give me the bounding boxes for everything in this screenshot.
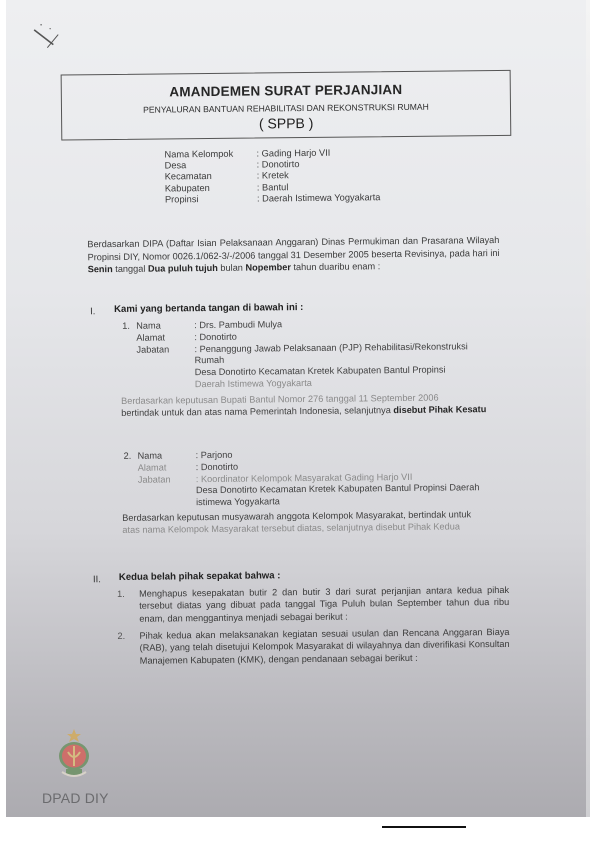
person-1: 1.NamaDrs. Pambudi Mulya AlamatDonotirto… — [122, 317, 496, 419]
group-info: Nama Kelompok Gading Harjo VII Desa Dono… — [164, 147, 380, 205]
info-row-province: Propinsi Daerah Istimewa Yogyakarta — [165, 192, 381, 205]
dpad-diy-emblem-icon — [54, 728, 94, 780]
section-1-heading: Kami yang bertanda tangan di bawah ini : — [114, 302, 303, 315]
scan-stamp-line — [382, 826, 466, 828]
document-title: AMANDEMEN SURAT PERJANJIAN — [62, 81, 510, 101]
document-photo: AMANDEMEN SURAT PERJANJIAN PENYALURAN BA… — [6, 0, 590, 817]
day: Senin — [88, 264, 113, 274]
agreement-item-2: 2. Pihak kedua akan melaksanakan kegiata… — [117, 626, 509, 667]
title-box: AMANDEMEN SURAT PERJANJIAN PENYALURAN BA… — [61, 70, 512, 141]
pen-mark-icon — [31, 22, 71, 52]
document-page: AMANDEMEN SURAT PERJANJIAN PENYALURAN BA… — [6, 0, 590, 817]
section-1-number: I. — [90, 306, 95, 317]
section-2-heading: Kedua belah pihak sepakat bahwa : — [119, 570, 281, 583]
person-2-decree: Berdasarkan keputusan musyawarah anggota… — [122, 508, 497, 537]
section-2-number: II. — [93, 574, 101, 585]
document-abbreviation: ( SPPB ) — [62, 113, 510, 134]
month: Nopember — [245, 262, 291, 272]
person-2: 2.NamaParjono AlamatDonotirto JabatanKoo… — [124, 447, 498, 537]
intro-paragraph: Berdasarkan DIPA (Daftar Isian Pelaksana… — [87, 234, 499, 276]
agreement-item-1: 1. Menghapus kesepakatan butir 2 dan but… — [117, 584, 509, 625]
date: Dua puluh tujuh — [148, 263, 218, 274]
person-1-decree: Berdasarkan keputusan Bupati Bantul Nomo… — [121, 391, 496, 420]
dpad-diy-watermark: DPAD DIY — [42, 790, 109, 806]
